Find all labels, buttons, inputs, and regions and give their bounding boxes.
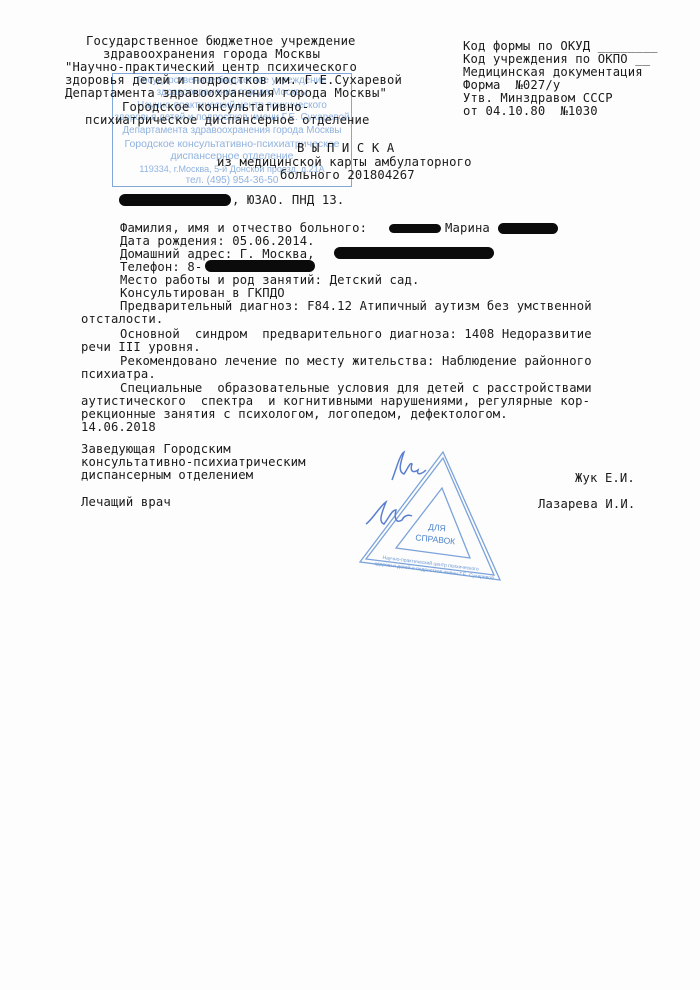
main-syndrome-cont: речи III уровня. bbox=[81, 341, 201, 355]
redaction-bar bbox=[205, 260, 315, 272]
recommendation-cont: психиатра. bbox=[81, 368, 156, 382]
signature-doctor bbox=[366, 502, 412, 524]
doctor-name: Лазарева И.И. bbox=[538, 498, 635, 512]
redaction-bar bbox=[119, 194, 231, 206]
redaction-bar bbox=[389, 224, 441, 233]
head-name: Жук Е.И. bbox=[575, 472, 635, 486]
redaction-bar bbox=[334, 247, 494, 259]
card-number: больного 201804267 bbox=[280, 169, 415, 183]
stamp-center-text: ДЛЯ bbox=[428, 522, 446, 534]
stamp-center-text: СПРАВОК bbox=[415, 532, 456, 546]
triangle-stamp: ДЛЯ СПРАВОК Научно-практический центр пс… bbox=[352, 444, 512, 589]
redaction-bar bbox=[498, 223, 558, 234]
preliminary-diagnosis-cont: отсталости. bbox=[81, 313, 163, 327]
signature-head bbox=[392, 452, 426, 480]
form-code-line: от 04.10.80 №1030 bbox=[463, 105, 598, 119]
patient-first-name: Марина bbox=[445, 222, 490, 236]
document-title: В Ы П И С К А bbox=[297, 142, 394, 156]
document-date: 14.06.2018 bbox=[81, 421, 156, 435]
recommendation: Рекомендовано лечение по месту жительств… bbox=[120, 355, 592, 369]
head-title: диспансерным отделением bbox=[81, 469, 253, 483]
district-line: , ЮЗАО. ПНД 13. bbox=[232, 194, 344, 208]
doctor-title: Лечащий врач bbox=[81, 496, 171, 510]
header-line: психиатрическое диспансерное отделение bbox=[85, 114, 370, 128]
preliminary-diagnosis: Предварительный диагноз: F84.12 Атипичны… bbox=[120, 300, 592, 314]
header-line: Департамента здравоохранения города Моск… bbox=[65, 87, 387, 101]
